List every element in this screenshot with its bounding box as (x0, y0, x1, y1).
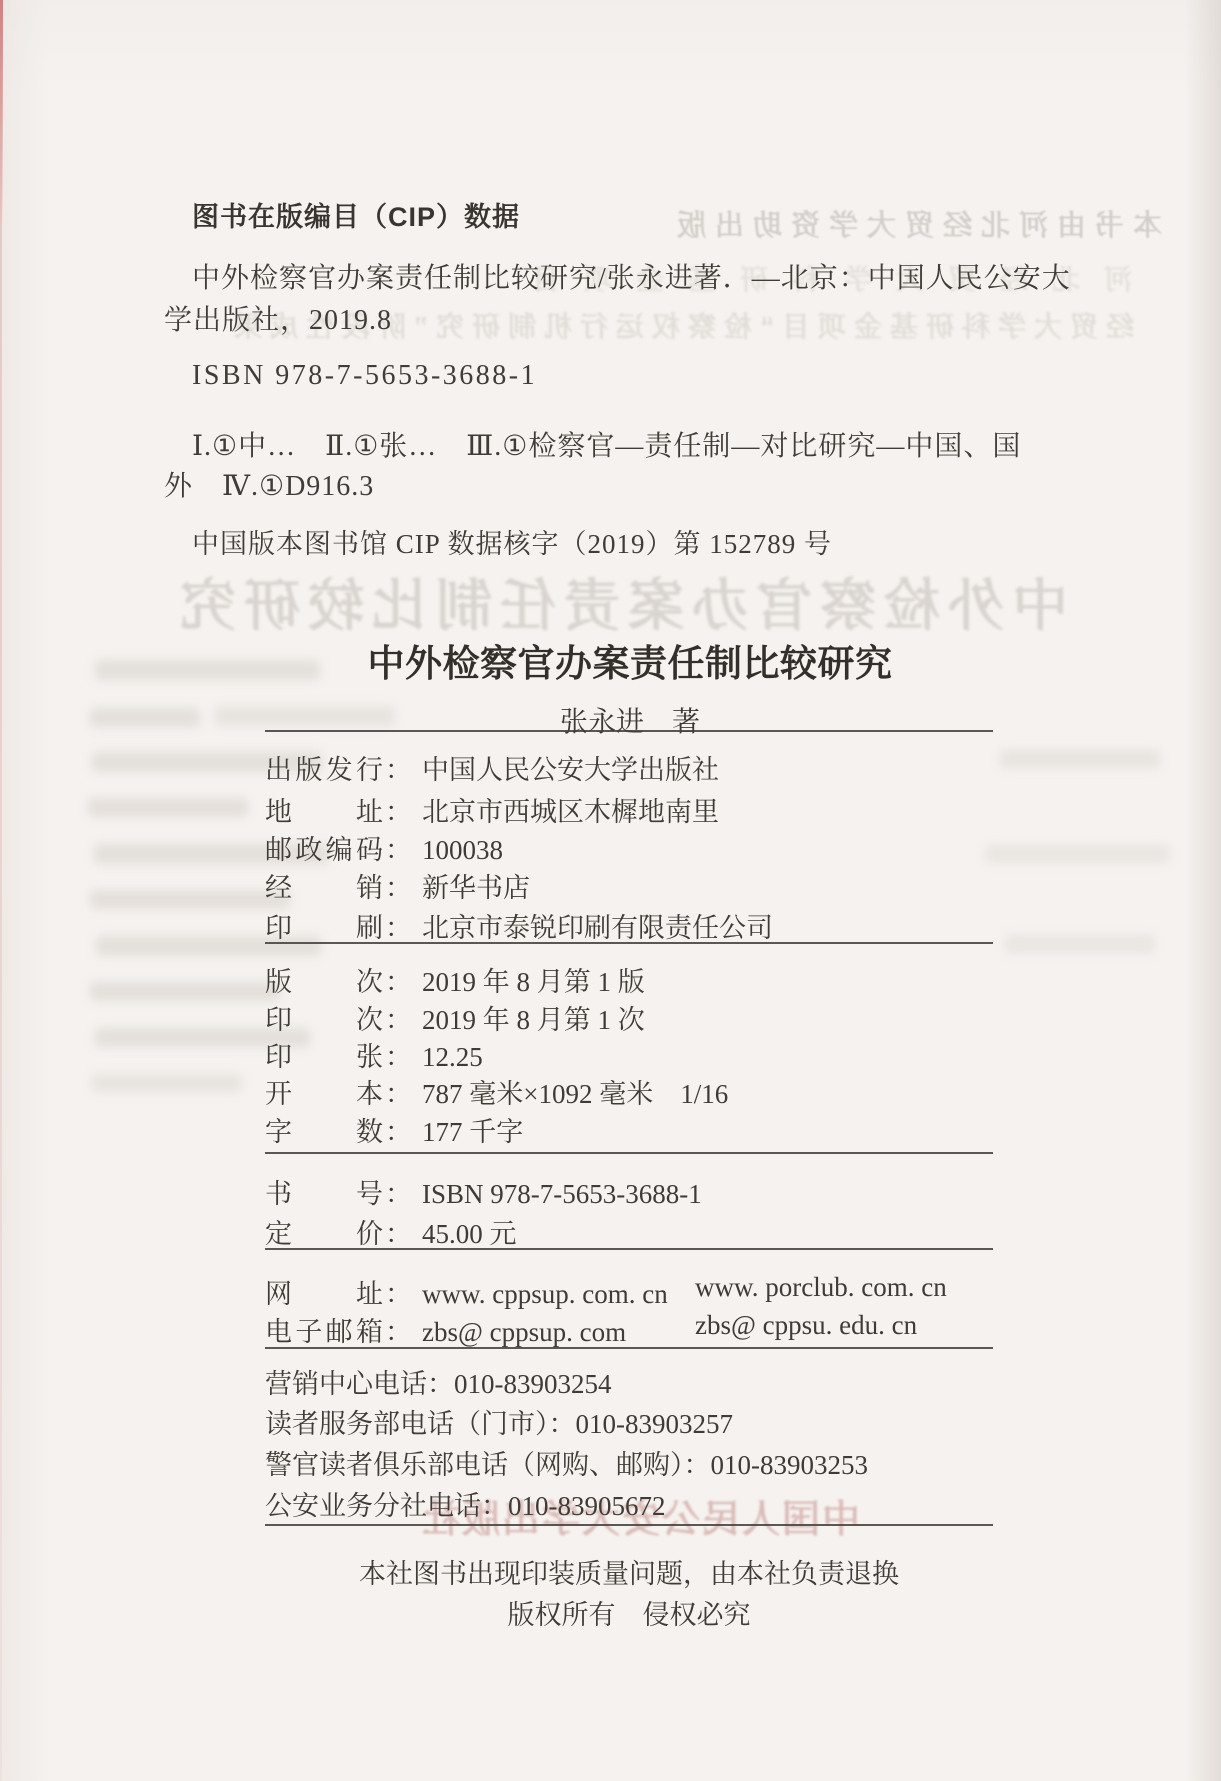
cip-class-line1: Ⅰ.①中… Ⅱ.①张… Ⅲ.①检察官—责任制—对比研究—中国、国 (192, 424, 1021, 464)
row-colon: ： (385, 1310, 412, 1349)
row-label: 书号 (265, 1172, 383, 1211)
cip-record-line1: 中外检察官办案责任制比较研究/张永进著．—北京：中国人民公安大 (192, 256, 1071, 296)
row-value: zbs@ cppsup. com (422, 1317, 626, 1348)
row-label: 版次 (265, 960, 383, 999)
bleed-smudge (1000, 750, 1160, 768)
row-label: 印次 (265, 998, 383, 1037)
cip-number-line: 中国版本图书馆 CIP 数据核字（2019）第 152789 号 (192, 522, 832, 561)
colophon-row-isbn: 书号：ISBN 978-7-5653-3688-1 (265, 1172, 993, 1211)
row-label: 定价 (265, 1212, 383, 1251)
row-label: 开本 (265, 1072, 383, 1111)
row-colon: ： (385, 1272, 412, 1311)
bleed-smudge (92, 1074, 242, 1092)
row-value: 12.25 (422, 1042, 483, 1073)
row-label: 字数 (265, 1110, 383, 1149)
cip-header: 图书在版编目（CIP）数据 (192, 195, 520, 234)
row-colon: ： (385, 1110, 412, 1149)
row-colon: ： (385, 1035, 412, 1074)
bleed-through-line: 本书由河北经贸大学资助出版 (620, 203, 1210, 244)
row-value: 中国人民公安大学出版社 (422, 748, 719, 787)
row-label: 电子邮箱 (265, 1310, 383, 1349)
divider-rule (265, 1152, 993, 1154)
phone-line-reader-service: 读者服务部电话（门市）：010-83903257 (265, 1402, 733, 1441)
bleed-smudge (1005, 935, 1155, 953)
row-value: 2019 年 8 月第 1 次 (422, 998, 645, 1037)
row-value-2: zbs@ cppsu. edu. cn (695, 1310, 917, 1341)
colophon-row-email: 电子邮箱：zbs@ cppsup. comzbs@ cppsu. edu. cn (265, 1310, 993, 1349)
row-value: 2019 年 8 月第 1 版 (422, 960, 645, 999)
colophon-row-website: 网址：www. cppsup. com. cnwww. porclub. com… (265, 1272, 993, 1311)
row-colon: ： (385, 1172, 412, 1211)
row-value: www. cppsup. com. cn (422, 1279, 668, 1310)
row-value: 北京市泰锐印刷有限责任公司 (422, 906, 773, 945)
row-colon: ： (385, 748, 412, 787)
cip-record-line2: 学出版社，2019.8 (164, 298, 392, 338)
bleed-smudge (90, 890, 290, 909)
bleed-through-title: 中外检察官办案责任制比较研究 (150, 562, 1090, 642)
colophon-row-publisher: 出版发行：中国人民公安大学出版社 (265, 748, 993, 787)
row-value: ISBN 978-7-5653-3688-1 (422, 1179, 702, 1210)
row-value: 100038 (422, 835, 503, 866)
copyright-notice: 版权所有 侵权必究 (265, 1593, 993, 1632)
colophon-row-edition: 版次：2019 年 8 月第 1 版 (265, 960, 993, 999)
colophon-row-format: 开本：787 毫米×1092 毫米 1/16 (265, 1072, 993, 1111)
divider-rule (265, 1524, 993, 1526)
colophon-row-distributor: 经销：新华书店 (265, 866, 993, 905)
scanned-copyright-page: 本书由河北经贸大学资助出版 河北经贸大学科研基金项目 经贸大学科研基金项目“检察… (0, 0, 1221, 1781)
row-label: 经销 (265, 866, 383, 905)
row-label: 印刷 (265, 906, 383, 945)
row-value: 177 千字 (422, 1110, 523, 1149)
row-colon: ： (385, 960, 412, 999)
bleed-smudge (985, 845, 1170, 863)
row-label: 网址 (265, 1272, 383, 1311)
bleed-smudge (90, 708, 200, 727)
cip-class-line2: 外 Ⅳ.①D916.3 (164, 464, 374, 504)
book-author: 张永进 著 (265, 700, 995, 740)
row-value: 787 毫米×1092 毫米 1/16 (422, 1072, 728, 1111)
row-value: 新华书店 (422, 866, 530, 905)
divider-rule (265, 730, 993, 732)
row-colon: ： (385, 998, 412, 1037)
red-page-edge-faint (0, 0, 2, 1781)
bleed-smudge (90, 982, 280, 1001)
quality-notice: 本社图书出现印装质量问题，由本社负责退换 (265, 1552, 993, 1591)
phone-line-marketing: 营销中心电话：010-83903254 (265, 1362, 612, 1401)
phone-line-police-club: 警官读者俱乐部电话（网购、邮购）：010-83903253 (265, 1443, 868, 1482)
book-title: 中外检察官办案责任制比较研究 (265, 633, 995, 687)
colophon-row-impression: 印次：2019 年 8 月第 1 次 (265, 998, 993, 1037)
colophon-row-price: 定价：45.00 元 (265, 1212, 993, 1251)
colophon-row-printer: 印刷：北京市泰锐印刷有限责任公司 (265, 906, 993, 945)
colophon-row-sheets: 印张：12.25 (265, 1035, 993, 1074)
row-label: 地址 (265, 790, 383, 829)
row-label: 邮政编码 (265, 828, 383, 867)
colophon-row-address: 地址：北京市西城区木樨地南里 (265, 790, 993, 829)
row-colon: ： (385, 1212, 412, 1251)
row-colon: ： (385, 790, 412, 829)
row-value: 45.00 元 (422, 1212, 517, 1251)
row-colon: ： (385, 866, 412, 905)
phone-line-branch: 公安业务分社电话：010-83905672 (265, 1484, 666, 1523)
cip-isbn-line: ISBN 978-7-5653-3688-1 (192, 360, 537, 392)
row-value-2: www. porclub. com. cn (695, 1272, 947, 1303)
row-colon: ： (385, 906, 412, 945)
bleed-smudge (88, 798, 248, 817)
row-label: 出版发行 (265, 748, 383, 787)
row-colon: ： (385, 828, 412, 867)
row-value: 北京市西城区木樨地南里 (422, 790, 719, 829)
colophon-row-postcode: 邮政编码：100038 (265, 828, 993, 867)
row-colon: ： (385, 1072, 412, 1111)
colophon-row-wordcount: 字数：177 千字 (265, 1110, 993, 1149)
row-label: 印张 (265, 1035, 383, 1074)
